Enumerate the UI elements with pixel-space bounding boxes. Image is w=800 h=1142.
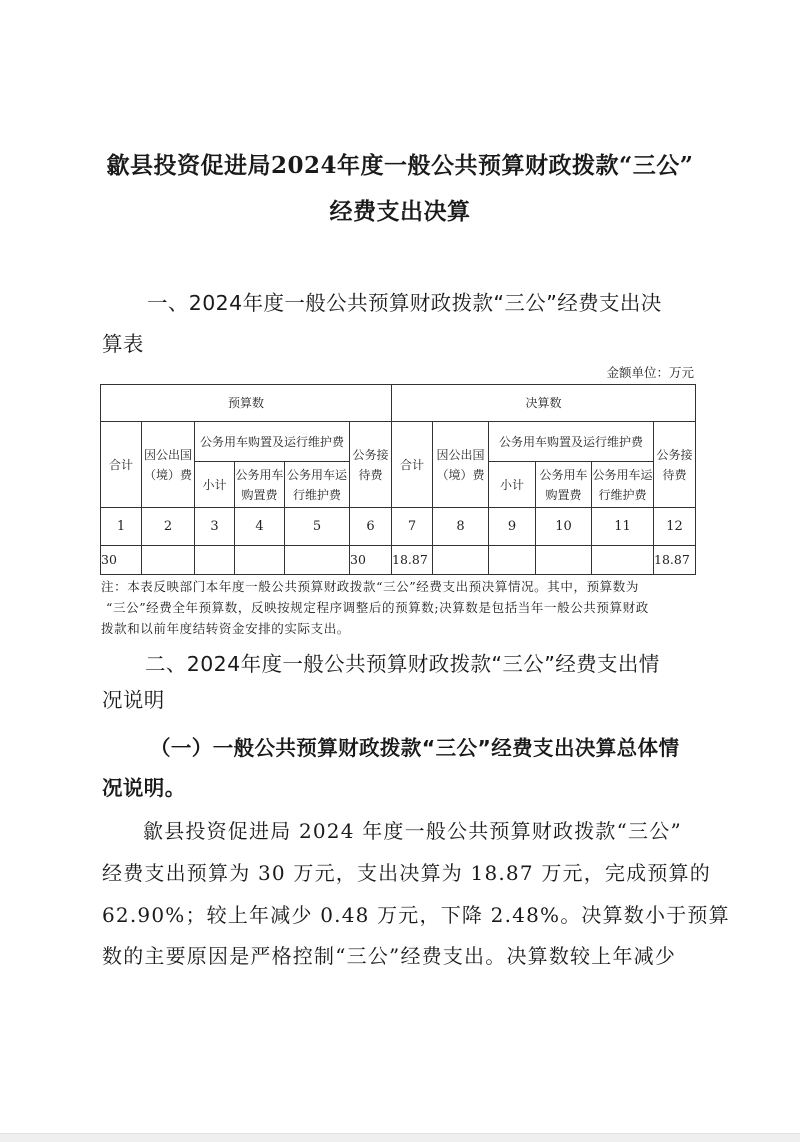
budget-reception-value: 30 [350, 546, 392, 575]
header-vehicle-maint-line1: 公务用车运 [592, 465, 653, 485]
header-abroad-line2: （境）费 [433, 465, 488, 485]
final-reception-value: 18.87 [654, 546, 696, 575]
column-number: 2 [142, 508, 195, 546]
budget-vehicle-purchase-value [235, 546, 285, 575]
final-subtotal-value [489, 546, 536, 575]
column-number: 7 [392, 508, 433, 546]
table-note-line3: 拨款和以前年度结转资金安排的实际支出。 [101, 619, 350, 637]
body-paragraph-line3: 62.90%；较上年减少 0.48 万元，下降 2.48%。决算数小于预算 [102, 899, 730, 928]
column-number: 5 [285, 508, 350, 546]
header-reception-line1: 公务接 [654, 445, 695, 465]
header-vehicle-purchase-line2: 购置费 [235, 485, 284, 505]
budget-subtotal-value [195, 546, 235, 575]
viewer-bottom-bar [0, 1133, 800, 1142]
column-number: 3 [195, 508, 235, 546]
header-abroad-line1: 因公出国 [142, 445, 194, 465]
header-reception-line2: 待费 [654, 465, 695, 485]
column-number: 8 [433, 508, 489, 546]
section1-heading-line2: 算表 [102, 327, 144, 357]
value-row: 30 30 18.87 18.87 [101, 546, 696, 575]
header-abroad-line1: 因公出国 [433, 445, 488, 465]
column-number: 6 [350, 508, 392, 546]
header-vehicle-maint-line1: 公务用车运 [285, 465, 349, 485]
column-number: 4 [235, 508, 285, 546]
header-reception-line1: 公务接 [350, 445, 391, 465]
header-reception: 公务接 待费 [654, 422, 696, 508]
column-number-row: 1 2 3 4 5 6 7 8 9 10 11 12 [101, 508, 696, 546]
header-abroad-line2: （境）费 [142, 465, 194, 485]
section1-heading-line1: 一、2024年度一般公共预算财政拨款“三公”经费支出决 [147, 286, 662, 316]
column-number: 11 [592, 508, 654, 546]
header-total: 合计 [392, 422, 433, 508]
budget-vehicle-maint-value [285, 546, 350, 575]
header-vehicle-maint: 公务用车运 行维护费 [285, 462, 350, 508]
body-paragraph-line2: 经费支出预算为 30 万元，支出决算为 18.87 万元，完成预算的 [102, 857, 711, 886]
header-vehicle-purchase: 公务用车 购置费 [235, 462, 285, 508]
body-paragraph-line4: 数的主要原因是严格控制“三公”经费支出。决算数较上年减少 [102, 940, 676, 969]
header-vehicle-maint: 公务用车运 行维护费 [592, 462, 654, 508]
section2-heading-line2: 况说明 [102, 683, 165, 713]
final-vehicle-purchase-value [536, 546, 592, 575]
column-number: 1 [101, 508, 142, 546]
header-vehicle-purchase-line2: 购置费 [536, 485, 591, 505]
budget-total-value: 30 [101, 546, 142, 575]
header-abroad: 因公出国 （境）费 [142, 422, 195, 508]
subsection1-heading-line1: （一）一般公共预算财政拨款“三公”经费支出决算总体情 [150, 731, 679, 761]
column-number: 12 [654, 508, 696, 546]
header-total: 合计 [101, 422, 142, 508]
final-vehicle-maint-value [592, 546, 654, 575]
header-reception-line2: 待费 [350, 465, 391, 485]
table-note-line1: 注：本表反映部门本年度一般公共预算财政拨款“三公”经费支出预决算情况。其中，预算… [101, 577, 639, 595]
final-group-header: 决算数 [392, 385, 696, 422]
header-vehicle-purchase: 公务用车 购置费 [536, 462, 592, 508]
final-total-value: 18.87 [392, 546, 433, 575]
budget-abroad-value [142, 546, 195, 575]
document-title-line1: 歙县投资促进局2024年度一般公共预算财政拨款“三公” [0, 147, 800, 180]
final-abroad-value [433, 546, 489, 575]
header-vehicle-maint-line2: 行维护费 [285, 485, 349, 505]
subsection1-heading-line2: 况说明。 [102, 771, 186, 801]
header-vehicle-group: 公务用车购置及运行维护费 [489, 422, 654, 462]
header-subtotal: 小计 [489, 462, 536, 508]
header-abroad: 因公出国 （境）费 [433, 422, 489, 508]
body-paragraph-line1: 歙县投资促进局 2024 年度一般公共预算财政拨款“三公” [143, 815, 682, 844]
header-vehicle-maint-line2: 行维护费 [592, 485, 653, 505]
table-note-line2: “三公”经费全年预算数，反映按规定程序调整后的预算数;决算数是包括当年一般公共预… [106, 598, 649, 616]
header-vehicle-group: 公务用车购置及运行维护费 [195, 422, 350, 462]
header-vehicle-purchase-line1: 公务用车 [235, 465, 284, 485]
three-public-expense-table: 预算数 决算数 合计 因公出国 （境）费 公务用车购置及运行维护费 公务接 待费… [100, 384, 696, 575]
header-subtotal: 小计 [195, 462, 235, 508]
column-number: 10 [536, 508, 592, 546]
header-reception: 公务接 待费 [350, 422, 392, 508]
column-number: 9 [489, 508, 536, 546]
document-title-line2: 经费支出决算 [0, 193, 800, 226]
section2-heading-line1: 二、2024年度一般公共预算财政拨款“三公”经费支出情 [145, 647, 660, 677]
header-vehicle-purchase-line1: 公务用车 [536, 465, 591, 485]
budget-group-header: 预算数 [101, 385, 392, 422]
unit-label: 金额单位：万元 [606, 363, 694, 381]
